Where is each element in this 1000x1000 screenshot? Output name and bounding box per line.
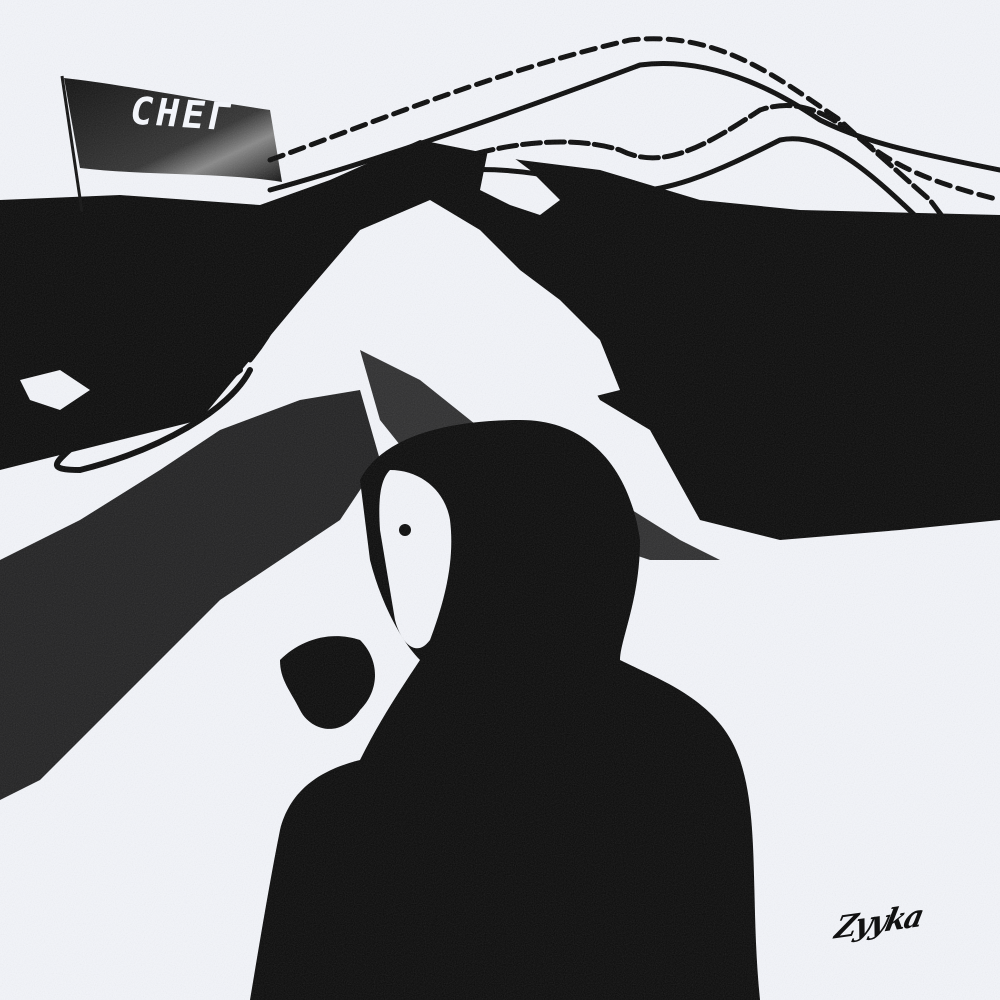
album-cover: СНЕГ Zyyka [0, 0, 1000, 1000]
artwork-illustration [0, 0, 1000, 1000]
